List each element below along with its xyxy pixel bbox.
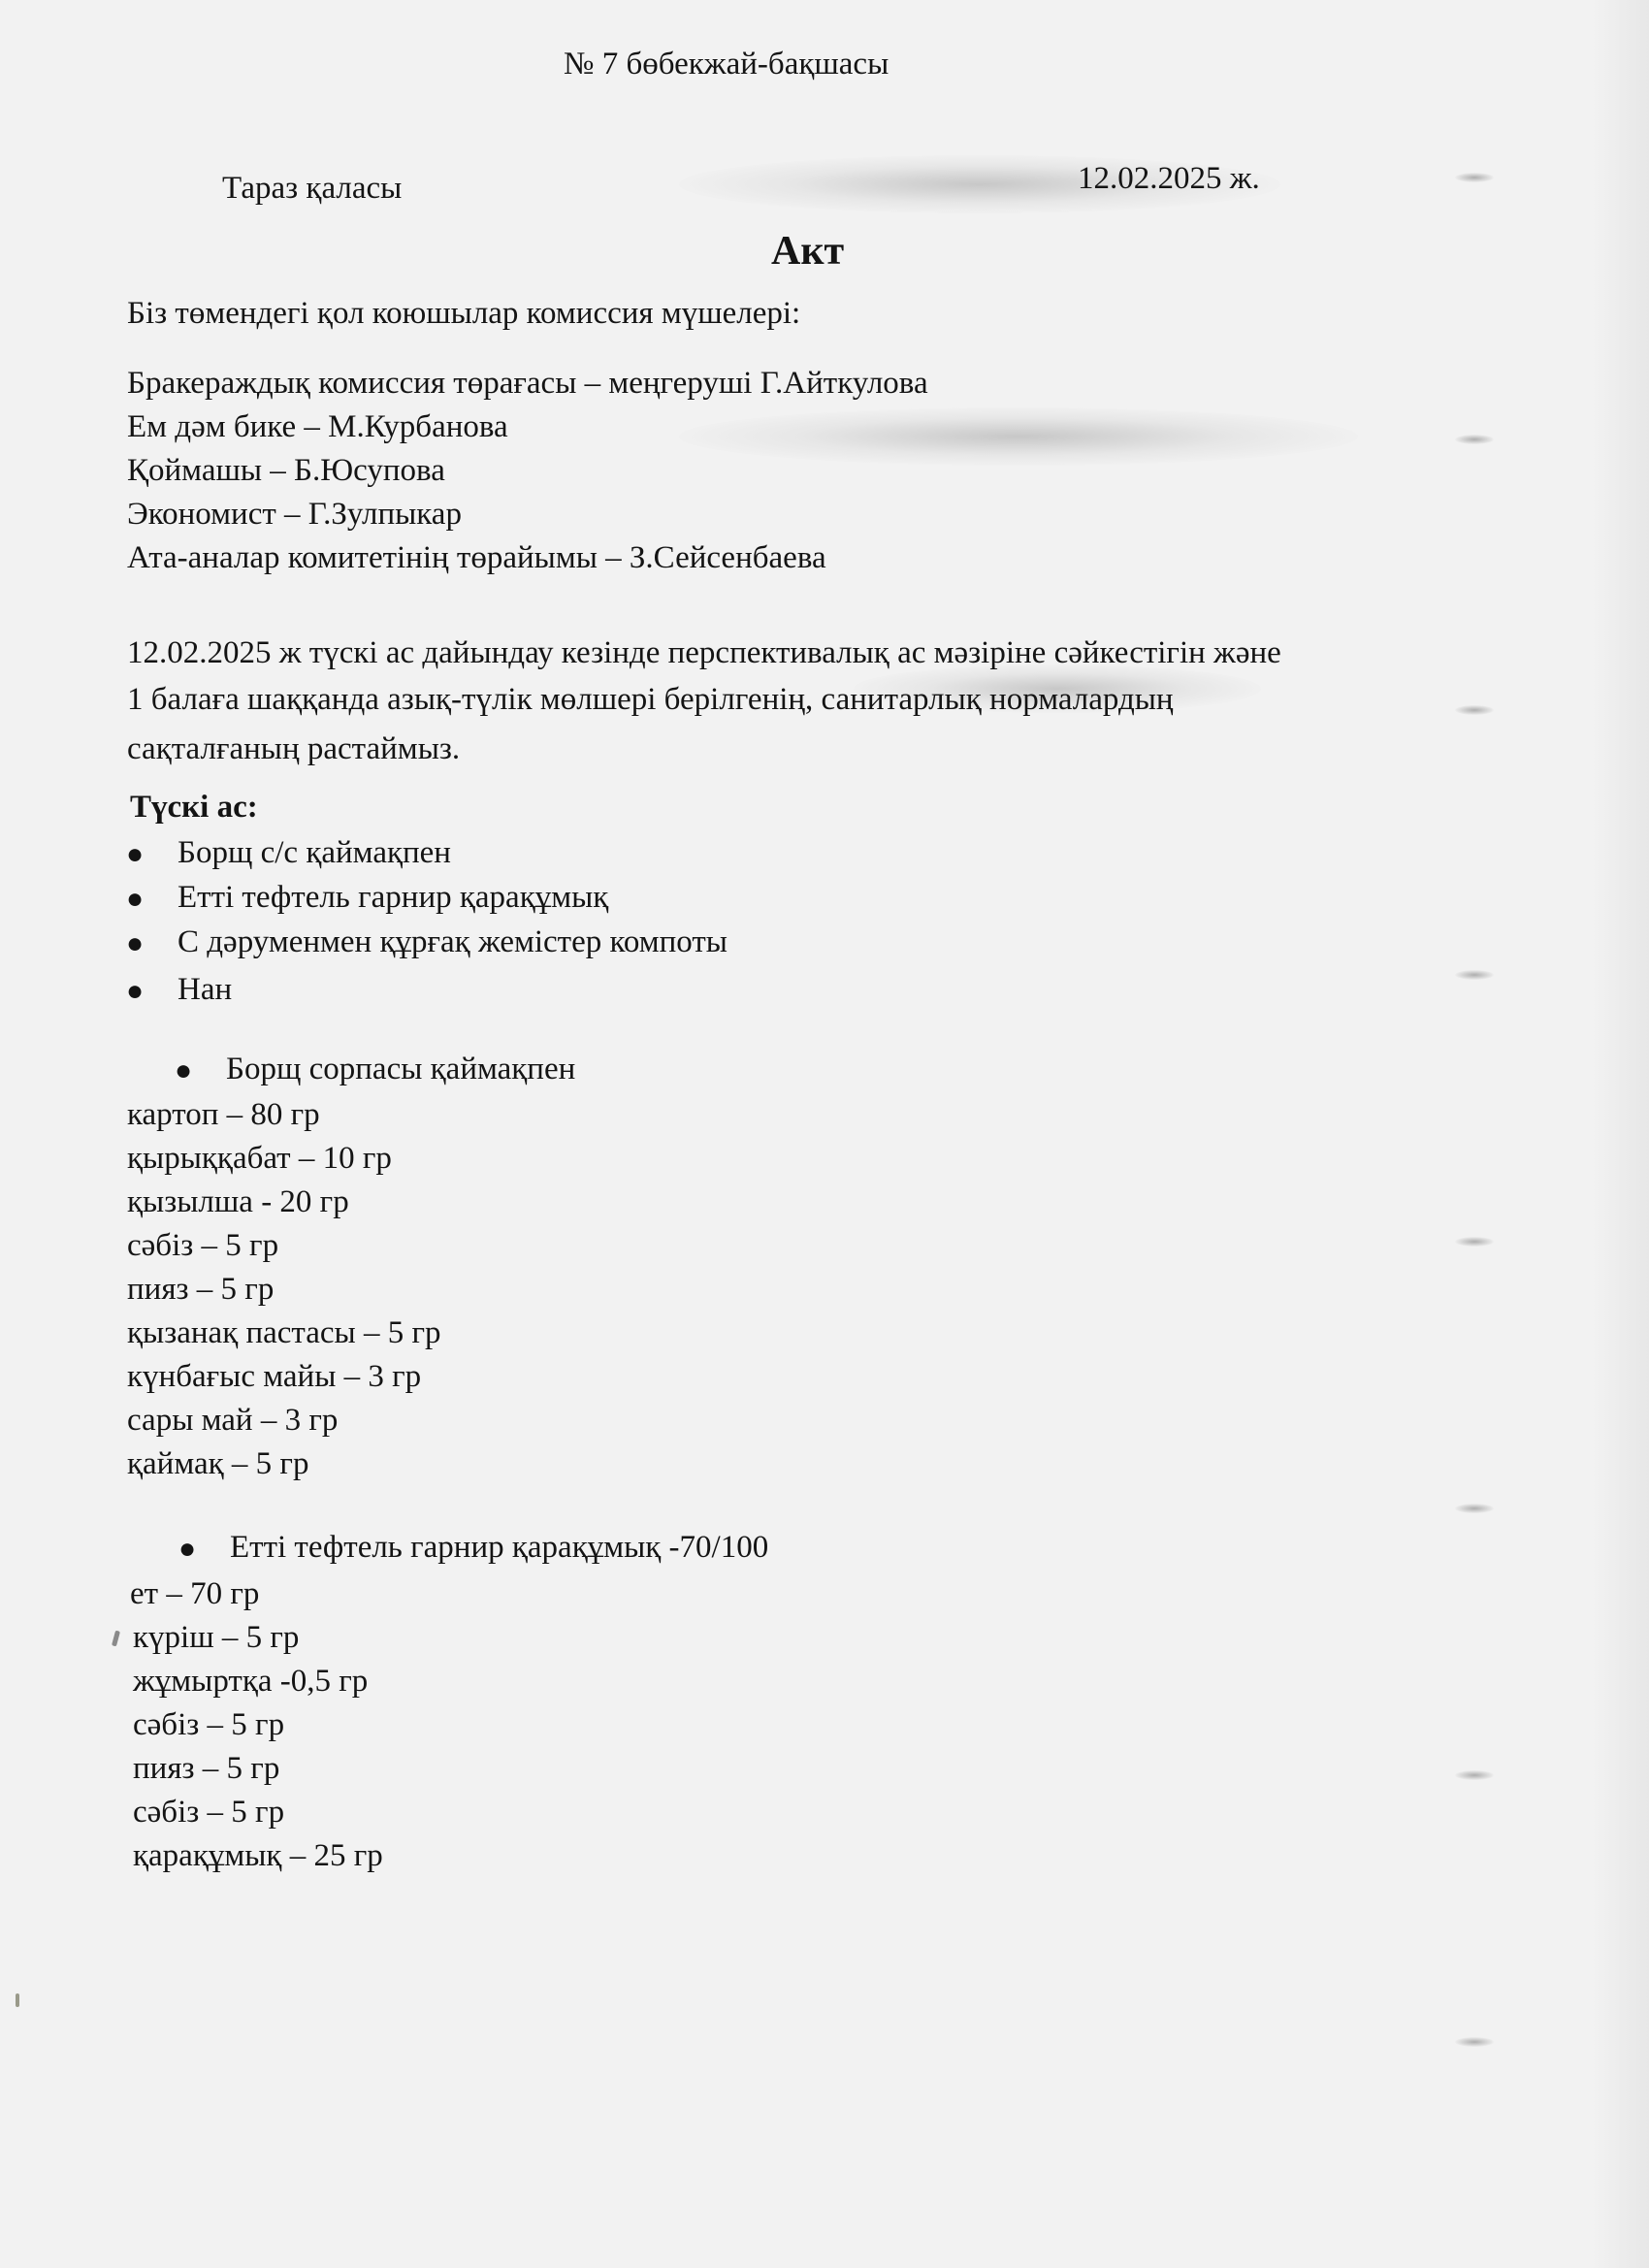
ingredient: сәбіз – 5 гр (133, 1797, 284, 1829)
statement-line: 12.02.2025 ж түскі ас дайындау кезінде п… (127, 637, 1281, 669)
menu-item: Етті тефтель гарнир қарақұмық (178, 882, 608, 914)
scan-mark (1455, 1770, 1494, 1780)
ingredient: қарақұмық – 25 гр (133, 1840, 383, 1872)
ingredient: қызылша - 20 гр (127, 1186, 349, 1218)
scan-mark (1455, 2037, 1494, 2047)
institution-name: № 7 бөбекжай-бақшасы (564, 49, 889, 81)
recipe-name: Борщ сорпасы қаймақпен (226, 1053, 575, 1085)
pen-mark (16, 1993, 19, 2007)
commission-member: Ата-аналар комитетінің төрайымы – З.Сейс… (127, 542, 826, 574)
bullet-icon: ● (126, 975, 144, 1008)
scanned-document-page: № 7 бөбекжай-бақшасы Тараз қаласы 12.02.… (0, 0, 1649, 2268)
city-name: Тараз қаласы (222, 173, 402, 205)
scan-smudge (679, 407, 1358, 466)
ingredient: қаймақ – 5 гр (127, 1448, 308, 1480)
ingredient: сәбіз – 5 гр (133, 1709, 284, 1741)
ingredient: сары май – 3 гр (127, 1405, 338, 1437)
commission-member: Ем дәм бике – М.Курбанова (127, 411, 508, 443)
commission-member: Бракераждық комиссия төрағасы – меңгеруш… (127, 368, 928, 400)
intro-text: Біз төмендегі қол коюшылар комиссия мүше… (127, 298, 800, 330)
ingredient: ет – 70 гр (130, 1578, 259, 1610)
ingredient: қырыққабат – 10 гр (127, 1143, 392, 1175)
menu-item: Нан (178, 974, 232, 1006)
recipe-name: Етті тефтель гарнир қарақұмық -70/100 (230, 1532, 768, 1564)
statement-line: сақталғаның растаймыз. (127, 733, 460, 765)
scan-mark (1455, 435, 1494, 444)
document-date: 12.02.2025 ж. (1078, 163, 1260, 195)
scan-mark (1455, 705, 1494, 715)
scan-mark (1455, 173, 1494, 182)
ingredient: күріш – 5 гр (133, 1622, 299, 1654)
ingredient: күнбағыс майы – 3 гр (127, 1361, 421, 1393)
bullet-icon: ● (126, 838, 144, 871)
scan-mark (1455, 1237, 1494, 1247)
lunch-heading: Түскі ас: (130, 792, 258, 824)
bullet-icon: ● (175, 1054, 192, 1087)
commission-member: Экономист – Г.Зулпыкар (127, 499, 462, 531)
menu-item: Борщ с/с қаймақпен (178, 837, 451, 869)
ingredient: жұмыртқа -0,5 гр (133, 1666, 368, 1698)
bullet-icon: ● (178, 1533, 196, 1566)
document-title: Акт (771, 231, 844, 272)
ingredient: пияз – 5 гр (127, 1274, 274, 1306)
ingredient: пияз – 5 гр (133, 1753, 279, 1785)
scan-mark (1455, 1504, 1494, 1513)
ingredient: қызанақ пастасы – 5 гр (127, 1317, 441, 1349)
scan-edge-shadow (1591, 0, 1649, 2268)
commission-member: Қоймашы – Б.Юсупова (127, 455, 445, 487)
scan-mark (1455, 970, 1494, 980)
bullet-icon: ● (126, 927, 144, 960)
bullet-icon: ● (126, 883, 144, 916)
statement-line: 1 балаға шаққанда азық-түлік мөлшері бер… (127, 684, 1174, 716)
ingredient: картоп – 80 гр (127, 1099, 320, 1131)
ingredient: сәбіз – 5 гр (127, 1230, 278, 1262)
pen-mark (112, 1631, 120, 1647)
menu-item: С дәруменмен құрғақ жемістер компоты (178, 926, 727, 958)
